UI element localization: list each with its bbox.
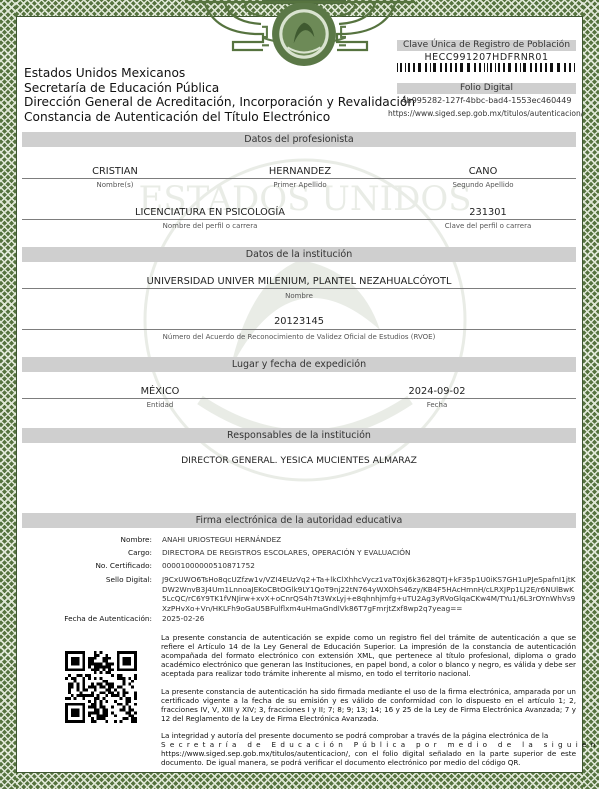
firma-cargo-value: DIRECTORA DE REGISTROS ESCOLARES, OPERAC… xyxy=(162,548,410,558)
carrera-value: LICENCIATURA EN PSICOLOGÍA xyxy=(100,206,320,219)
responsable-value: DIRECTOR GENERAL. YESICA MUCIENTES ALMAR… xyxy=(22,454,576,467)
legal-paragraph-1: La presente constancia de autenticación … xyxy=(161,633,576,678)
fecha-label: Fecha xyxy=(387,400,487,410)
nombre-value: CRISTIAN xyxy=(60,165,170,178)
label-segundo-apellido: Segundo Apellido xyxy=(428,180,538,190)
section-expedicion-header: Lugar y fecha de expedición xyxy=(22,357,576,372)
firma-certificado-label: No. Certificado: xyxy=(22,561,152,571)
folio-value: 4b995282-127f-4bbc-bad4-1553ec460449 xyxy=(397,96,576,105)
divider xyxy=(22,398,576,399)
curp-box: Clave Única de Registro de Población HEC… xyxy=(397,40,576,72)
clave-carrera-label: Clave del perfil o carrera xyxy=(428,221,548,231)
segundo-apellido-label: Segundo Apellido xyxy=(428,180,538,190)
section-responsables-header: Responsables de la institución xyxy=(22,428,576,443)
issuer-secretariat: Secretaría de Educación Pública xyxy=(24,81,415,96)
institucion-nombre-label: Nombre xyxy=(22,291,576,301)
divider xyxy=(22,178,576,179)
mexico-coat-of-arms-icon xyxy=(262,0,346,68)
entidad-value: MÉXICO xyxy=(110,385,210,398)
ornamental-border-right xyxy=(583,0,599,789)
label-institucion-nombre: Nombre xyxy=(22,291,576,301)
folio-box: Folio Digital 4b995282-127f-4bbc-bad4-15… xyxy=(397,83,576,105)
curp-barcode xyxy=(397,63,576,72)
section-institucion-header: Datos de la institución xyxy=(22,247,576,262)
field-clave-carrera: 231301 xyxy=(428,206,548,219)
issuer-block: Estados Unidos Mexicanos Secretaría de E… xyxy=(24,66,415,124)
verification-url[interactable]: https://www.siged.sep.gob.mx/titulos/aut… xyxy=(388,109,580,118)
legal-paragraph-3: La integridad y autoría del presente doc… xyxy=(161,731,576,767)
firma-sello-label: Sello Digital: xyxy=(22,575,152,585)
fecha-value: 2024-09-02 xyxy=(387,385,487,398)
label-fecha: Fecha xyxy=(387,400,487,410)
institucion-nombre-value: UNIVERSIDAD UNIVER MILENIUM, PLANTEL NEZ… xyxy=(22,275,576,288)
field-responsable: DIRECTOR GENERAL. YESICA MUCIENTES ALMAR… xyxy=(22,454,576,467)
legal-p3-end: https://www.siged.sep.gob.mx/titulos/aut… xyxy=(161,749,576,767)
section-profesionista-header: Datos del profesionista xyxy=(22,132,576,147)
field-carrera: LICENCIATURA EN PSICOLOGÍA xyxy=(100,206,320,219)
divider xyxy=(22,219,576,220)
firma-fecha-label: Fecha de Autenticación: xyxy=(22,614,152,624)
ornamental-border-left xyxy=(0,0,16,789)
segundo-apellido-value: CANO xyxy=(428,165,538,178)
field-fecha: 2024-09-02 xyxy=(387,385,487,398)
issuer-directorate: Dirección General de Acreditación, Incor… xyxy=(24,95,415,110)
folio-title: Folio Digital xyxy=(397,83,576,94)
label-rvoe: Número del Acuerdo de Reconocimiento de … xyxy=(22,332,576,342)
label-nombre: Nombre(s) xyxy=(60,180,170,190)
primer-apellido-label: Primer Apellido xyxy=(245,180,355,190)
firma-nombre-label: Nombre: xyxy=(22,535,152,545)
ornamental-border-bottom xyxy=(0,773,599,789)
field-rvoe: 20123145 xyxy=(22,315,576,328)
field-segundo-apellido: CANO xyxy=(428,165,538,178)
rvoe-label: Número del Acuerdo de Reconocimiento de … xyxy=(22,332,576,342)
legal-p3-spaced: Secretaría de Educación Pública por medi… xyxy=(161,740,576,749)
field-nombre: CRISTIAN xyxy=(60,165,170,178)
nombre-label: Nombre(s) xyxy=(60,180,170,190)
qr-code-icon xyxy=(65,651,137,723)
divider xyxy=(22,329,576,330)
firma-certificado-value: 00001000000510871752 xyxy=(162,561,255,571)
legal-p3-start: La integridad y autoría del presente doc… xyxy=(161,731,576,740)
legal-paragraph-2: La presente constancia de autenticación … xyxy=(161,687,576,723)
field-institucion-nombre: UNIVERSIDAD UNIVER MILENIUM, PLANTEL NEZ… xyxy=(22,275,576,288)
label-primer-apellido: Primer Apellido xyxy=(245,180,355,190)
firma-sello-value: J9CxUWO6TsHo8qcUZfzw1v/VZI4EUzVq2+Ta+lkC… xyxy=(162,575,576,613)
clave-carrera-value: 231301 xyxy=(428,206,548,219)
carrera-label: Nombre del perfil o carrera xyxy=(100,221,320,231)
label-carrera: Nombre del perfil o carrera xyxy=(100,221,320,231)
entidad-label: Entidad xyxy=(110,400,210,410)
primer-apellido-value: HERNANDEZ xyxy=(245,165,355,178)
firma-cargo-label: Cargo: xyxy=(22,548,152,558)
curp-title: Clave Única de Registro de Población xyxy=(397,40,576,51)
firma-fecha-value: 2025-02-26 xyxy=(162,614,204,624)
label-clave-carrera: Clave del perfil o carrera xyxy=(428,221,548,231)
issuer-country: Estados Unidos Mexicanos xyxy=(24,66,415,81)
field-entidad: MÉXICO xyxy=(110,385,210,398)
divider xyxy=(22,288,576,289)
section-firma-header: Firma electrónica de la autoridad educat… xyxy=(22,513,576,528)
label-entidad: Entidad xyxy=(110,400,210,410)
curp-value: HECC991207HDFRNR01 xyxy=(397,52,576,63)
field-primer-apellido: HERNANDEZ xyxy=(245,165,355,178)
firma-nombre-value: ANAHI URIOSTEGUI HERNÁNDEZ xyxy=(162,535,281,545)
document-title: Constancia de Autenticación del Título E… xyxy=(24,110,415,125)
rvoe-value: 20123145 xyxy=(22,315,576,328)
